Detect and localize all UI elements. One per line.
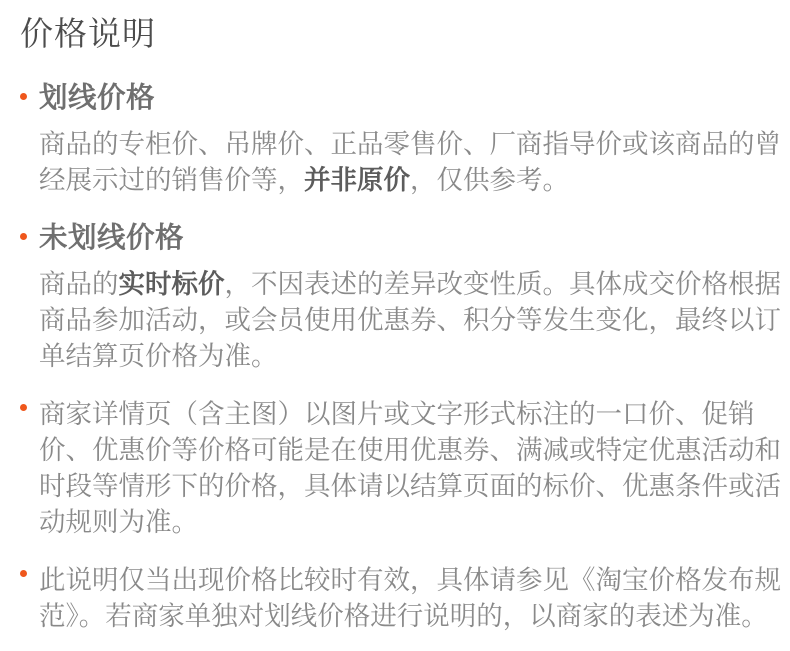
page-title: 价格说明 (20, 12, 790, 56)
note-text: ，仅供参考。 (410, 165, 569, 195)
price-description-section: 价格说明 划线价格 商品的专柜价、吊牌价、正品零售价、厂商指导价或该商品的曾经展… (0, 0, 790, 634)
note-text: 商家详情页（含主图）以图片或文字形式标注的一口价、促销价、优惠价等价格可能是在使… (39, 399, 781, 537)
bullet-dot-icon (20, 570, 27, 577)
price-notes-list: 划线价格 商品的专柜价、吊牌价、正品零售价、厂商指导价或该商品的曾经展示过的销售… (20, 80, 790, 634)
bullet-dot-icon (20, 233, 27, 240)
list-item-uncrossed-price: 未划线价格 商品的实时标价，不因表述的差异改变性质。具体成交价格根据商品参加活动… (20, 220, 783, 374)
note-body: 商家详情页（含主图）以图片或文字形式标注的一口价、促销价、优惠价等价格可能是在使… (39, 396, 783, 540)
note-body: 商品的专柜价、吊牌价、正品零售价、厂商指导价或该商品的曾经展示过的销售价等，并非… (39, 126, 783, 198)
list-item-detail-page-prices: 商家详情页（含主图）以图片或文字形式标注的一口价、促销价、优惠价等价格可能是在使… (20, 396, 783, 540)
bullet-dot-icon (20, 93, 27, 100)
note-text-emphasis: 实时标价 (119, 269, 225, 299)
bullet-dot-icon (20, 404, 27, 411)
note-text-emphasis: 并非原价 (304, 165, 410, 195)
note-heading-crossed-price: 划线价格 (39, 80, 783, 116)
note-heading-uncrossed-price: 未划线价格 (39, 220, 783, 256)
note-body: 商品的实时标价，不因表述的差异改变性质。具体成交价格根据商品参加活动，或会员使用… (39, 266, 783, 374)
note-text: 此说明仅当出现价格比较时有效，具体请参见《淘宝价格发布规范》。若商家单独对划线价… (39, 565, 781, 631)
note-text: 商品的 (39, 269, 119, 299)
list-item-price-comparison-validity: 此说明仅当出现价格比较时有效，具体请参见《淘宝价格发布规范》。若商家单独对划线价… (20, 562, 783, 634)
list-item-crossed-price: 划线价格 商品的专柜价、吊牌价、正品零售价、厂商指导价或该商品的曾经展示过的销售… (20, 80, 783, 198)
note-body: 此说明仅当出现价格比较时有效，具体请参见《淘宝价格发布规范》。若商家单独对划线价… (39, 562, 783, 634)
